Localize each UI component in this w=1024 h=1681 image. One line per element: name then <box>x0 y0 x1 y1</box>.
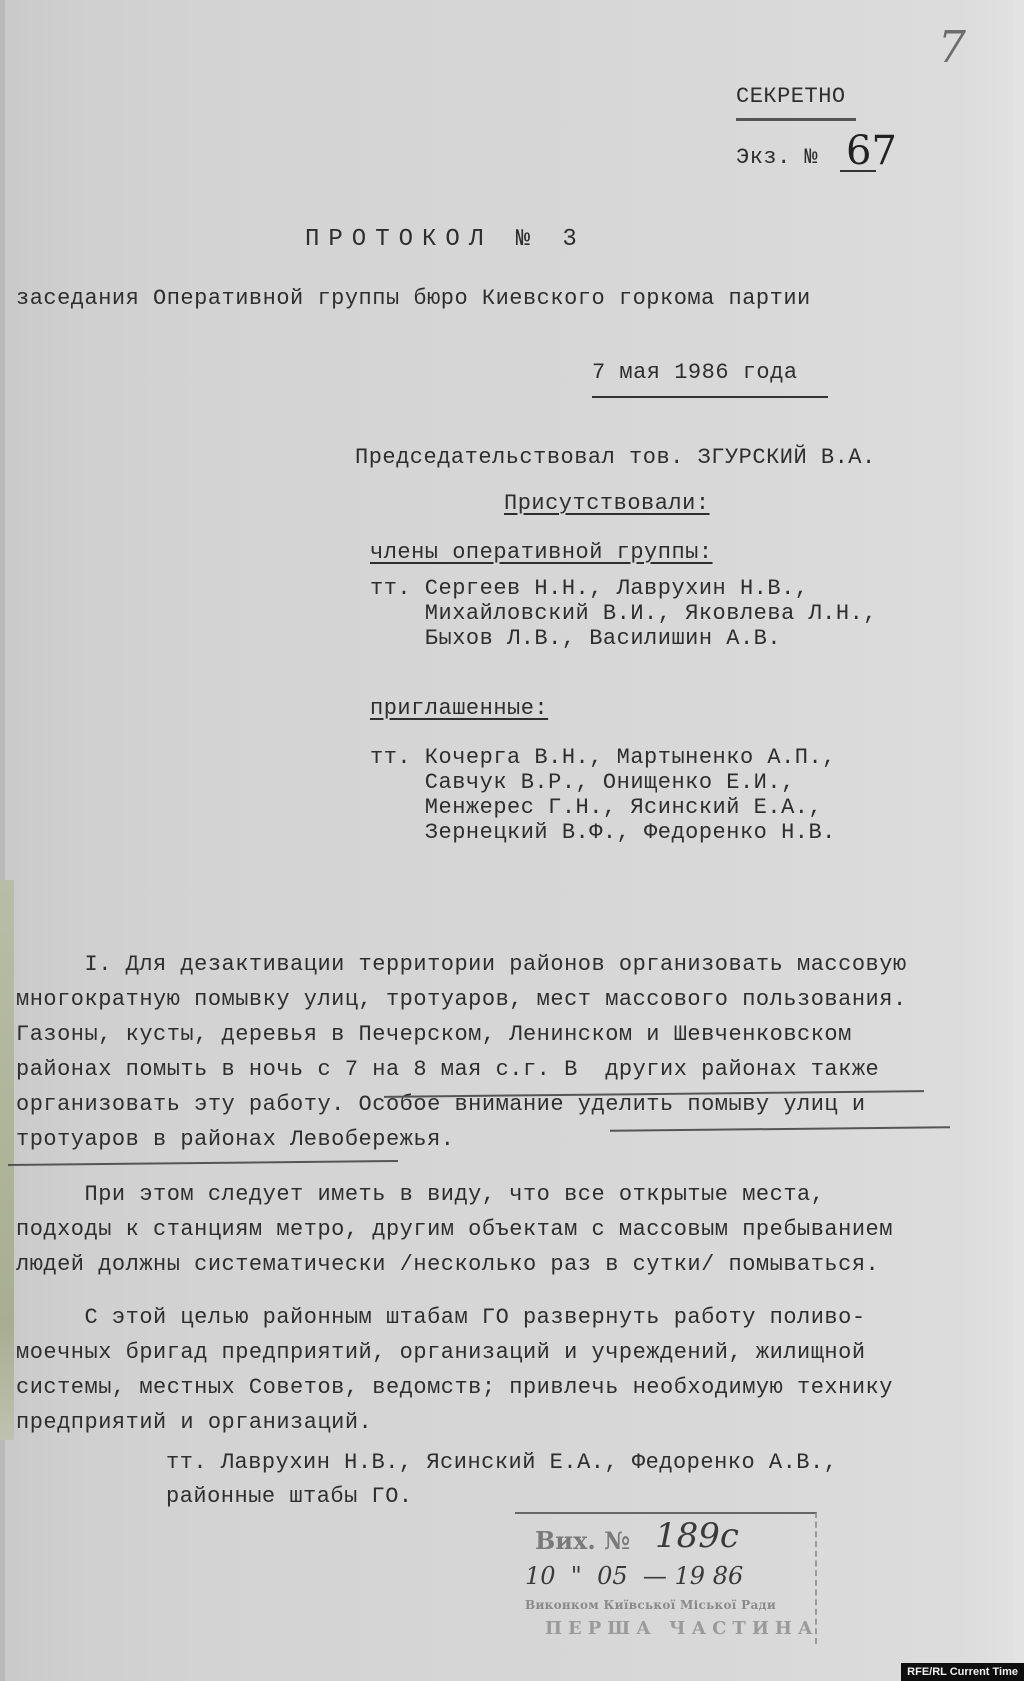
stamp-date: 10 " 05 — 19 86 <box>525 1562 743 1590</box>
paragraph-2: При этом следует иметь в виду, что все о… <box>16 1177 893 1282</box>
photo-credit: RFE/RL Current Time <box>901 1663 1024 1681</box>
underline-organize-work <box>8 1160 398 1166</box>
binding-strip <box>0 880 14 1440</box>
classification-label: СЕКРЕТНО <box>736 84 846 109</box>
paragraph-3: С этой целью районным штабам ГО разверну… <box>16 1300 893 1440</box>
members-list: тт. Сергеев Н.Н., Лаврухин Н.В., Михайло… <box>370 576 877 651</box>
stamp-outgoing-label: Вих. № <box>535 1526 630 1555</box>
meeting-date: 7 мая 1986 года <box>592 360 798 385</box>
document-title: ПРОТОКОЛ № 3 <box>305 226 586 253</box>
chairman-line: Председательствовал тов. ЗГУРСКИЙ В.А. <box>355 445 876 470</box>
document-page: 7 СЕКРЕТНО Экз. № 67 ПРОТОКОЛ № 3 заседа… <box>0 0 1024 1681</box>
stamp-issuer: Виконком Київської Міської Ради <box>525 1598 776 1612</box>
scan-right-edge <box>1014 0 1024 1681</box>
document-subtitle: заседания Оперативной группы бюро Киевск… <box>16 286 811 311</box>
outgoing-registration-stamp: Вих. № 189с 10 " 05 — 19 86 Виконком Киї… <box>515 1512 817 1644</box>
stamp-outgoing-number: 189с <box>655 1516 739 1556</box>
invited-list: тт. Кочерга В.Н., Мартыненко А.П., Савчу… <box>370 745 836 845</box>
copy-number: 67 <box>846 128 897 174</box>
paragraph-1: I. Для дезактивации территории районов о… <box>16 947 907 1157</box>
members-heading: члены оперативной группы: <box>370 540 713 565</box>
date-underline <box>592 396 828 398</box>
responsible-persons: тт. Лаврухин Н.В., Ясинский Е.А., Федоре… <box>166 1446 837 1514</box>
classification-underline <box>736 118 856 121</box>
page-number: 7 <box>938 22 966 73</box>
present-heading: Присутствовали: <box>504 491 710 516</box>
copy-number-underline <box>840 170 876 172</box>
invited-heading: приглашенные: <box>370 696 548 721</box>
copy-label: Экз. № <box>736 145 818 170</box>
stamp-section: ПЕРША ЧАСТИНА <box>545 1618 819 1639</box>
